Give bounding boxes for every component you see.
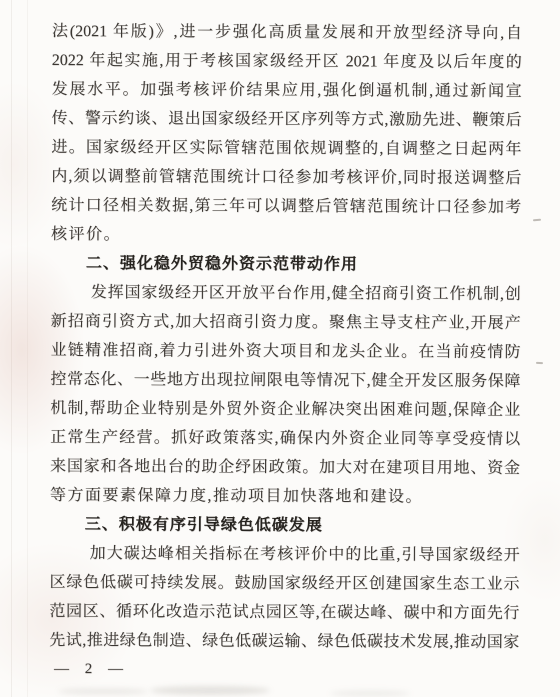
text-line: 统计口径相关数据,第三年可以调整后管辖范围统计口径参加考 xyxy=(51,191,521,222)
text-line: 加大碳达峰相关指标在考核评价中的比重,引导国家级经开 xyxy=(50,539,520,570)
document-body: 法(2021 年版)》,进一步强化高质量发展和开放型经济导向,自2022 年起实… xyxy=(49,17,522,657)
scan-smudge xyxy=(58,688,148,695)
text-line: 发挥国家级经开区开放平台作用,健全招商引资工作机制,创 xyxy=(51,278,521,309)
text-line: 机制,帮助企业特别是外贸外资企业解决突出困难问题,保障企业 xyxy=(50,394,520,425)
scan-speck xyxy=(533,219,541,222)
text-line: 先试,推进绿色制造、绿色低碳运输、绿色低碳技术发展,推动国家 xyxy=(49,626,519,657)
text-line: 2022 年起实施,用于考核国家级经开区 2021 年度及以后年度的 xyxy=(52,46,522,77)
text-line: 正常生产经营。抓好政策落实,确保内外资企业同等享受疫情以 xyxy=(50,423,520,454)
scan-smudge xyxy=(330,690,410,697)
page-number: — 2 — xyxy=(54,655,125,684)
text-line: 控常态化、一些地方出现拉闸限电等情况下,健全开发区服务保障 xyxy=(50,365,520,396)
text-line: 区绿色低碳可持续发展。鼓励国家级经开区创建国家生态工业示 xyxy=(49,568,519,599)
scan-speck xyxy=(536,362,543,364)
text-line: 进。国家级经开区实际管辖范围依规调整的,自调整之日起两年 xyxy=(51,133,521,164)
text-line: 范园区、循环化改造示范试点园区等,在碳达峰、碳中和方面先行 xyxy=(49,597,519,628)
text-line: 来国家和各地出台的助企纾困政策。加大对在建项目用地、资金 xyxy=(50,452,520,483)
text-line: 传、警示约谈、退出国家级经开区序列等方式,激励先进、鞭策后 xyxy=(51,104,521,135)
scan-smudge xyxy=(150,686,270,695)
section-heading: 三、积极有序引导绿色低碳发展 xyxy=(50,510,520,541)
text-line: 法(2021 年版)》,进一步强化高质量发展和开放型经济导向,自 xyxy=(52,17,522,48)
text-line: 业链精准招商,着力引进外资大项目和龙头企业。在当前疫情防 xyxy=(50,336,520,367)
text-line: 发展水平。加强考核评价结果应用,强化倒逼机制,通过新闻宣 xyxy=(52,75,522,106)
text-line: 核评价。 xyxy=(51,220,521,251)
text-line: 新招商引资方式,加大招商引资力度。聚焦主导支柱产业,开展产 xyxy=(51,307,521,338)
text-line: 等方面要素保障力度,推动项目加快落地和建设。 xyxy=(50,481,520,512)
section-heading: 二、强化稳外贸稳外资示范带动作用 xyxy=(51,249,521,280)
text-line: 内,须以调整前管辖范围统计口径参加考核评价,同时报送调整后 xyxy=(51,162,521,193)
scanned-document-page: 法(2021 年版)》,进一步强化高质量发展和开放型经济导向,自2022 年起实… xyxy=(0,0,560,697)
